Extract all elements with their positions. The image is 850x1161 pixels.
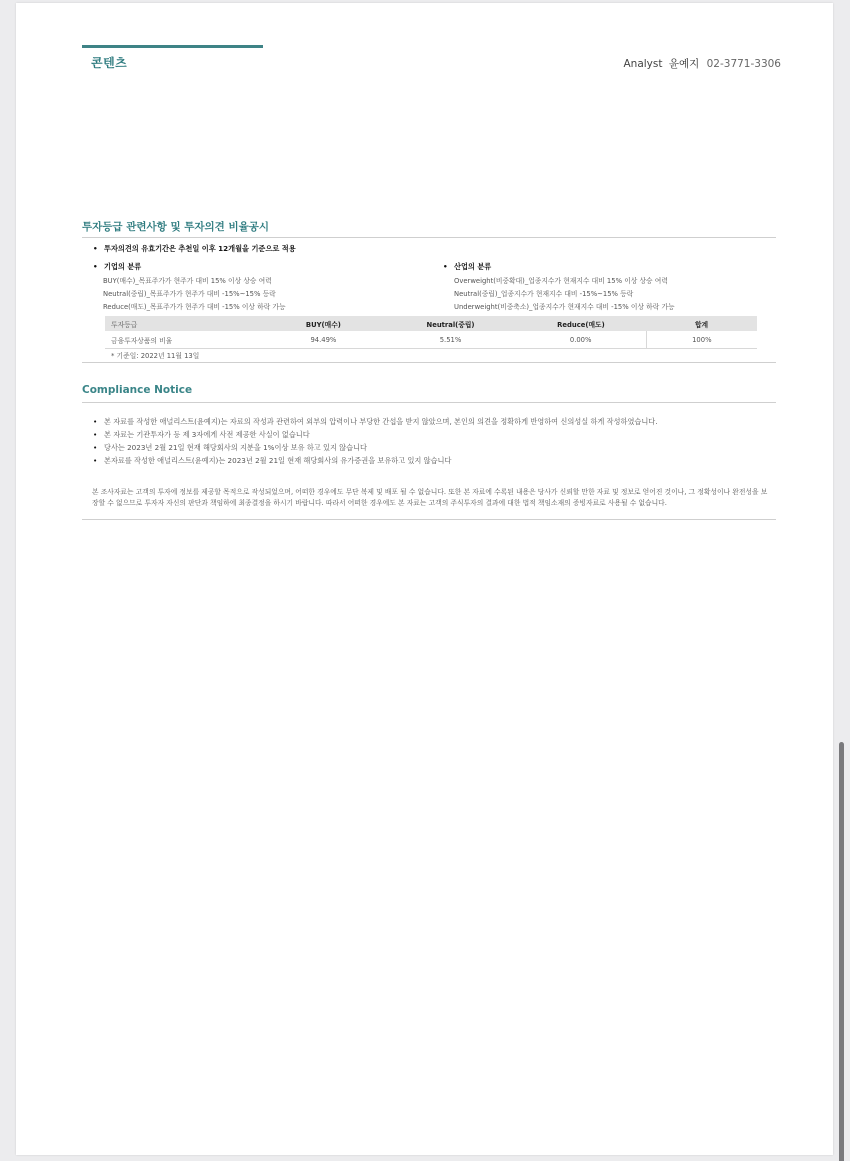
analyst-name: 윤예지	[669, 58, 699, 70]
industry-class-overweight: Overweight(비중확대)_업종지수가 현재지수 대비 15% 이상 상승…	[454, 275, 668, 285]
company-class-buy: BUY(매수)_목표주가가 현주가 대비 15% 이상 상승 여력	[103, 275, 272, 285]
analyst-phone: 02-3771-3306	[707, 58, 781, 70]
vertical-scrollbar[interactable]	[838, 0, 846, 1161]
disclaimer-paragraph: 본 조사자료는 고객의 투자에 정보를 제공할 목적으로 작성되었으며, 어떠한…	[92, 487, 772, 508]
section-label: 콘텐츠	[91, 54, 127, 71]
document-page: 콘텐츠 Analyst 윤예지 02-3771-3306 투자등급 관련사항 및…	[16, 3, 833, 1155]
table-cell: 0.00%	[516, 331, 646, 349]
table-row: 금융투자상품의 비율 94.49% 5.51% 0.00% 100%	[105, 331, 757, 349]
company-class-neutral: Neutral(중립)_목표주가가 현주가 대비 -15%~15% 등락	[103, 288, 276, 298]
disclosure-title: 투자등급 관련사항 및 투자의견 비율공시	[82, 219, 269, 234]
compliance-title: Compliance Notice	[82, 384, 192, 396]
divider	[82, 402, 776, 403]
table-header-cell: 투자등급	[105, 316, 261, 331]
divider	[82, 362, 776, 363]
section-accent-rule	[82, 45, 263, 48]
table-header-row: 투자등급 BUY(매수) Neutral(중립) Reduce(매도) 합계	[105, 316, 757, 331]
compliance-bullet: 본 자료를 작성한 애널리스트(윤예지)는 자료의 작성과 관련하여 외부의 압…	[93, 417, 658, 427]
table-header-cell: Reduce(매도)	[516, 316, 646, 331]
analyst-contact: Analyst 윤예지 02-3771-3306	[623, 56, 781, 71]
industry-class-underweight: Underweight(비중축소)_업종지수가 현재지수 대비 -15% 이상 …	[454, 301, 675, 311]
table-cell: 금융투자상품의 비율	[105, 331, 261, 349]
validity-bullet: 투자의견의 유효기간은 추천일 이후 12개월을 기준으로 적용	[93, 244, 296, 254]
compliance-bullet: 본 자료는 기관투자가 등 제 3자에게 사전 제공한 사실이 없습니다	[93, 430, 310, 440]
industry-classification-heading: 산업의 분류	[443, 262, 491, 272]
divider	[82, 519, 776, 520]
table-cell: 94.49%	[261, 331, 385, 349]
document-viewer: 콘텐츠 Analyst 윤예지 02-3771-3306 투자등급 관련사항 및…	[0, 0, 850, 1161]
divider	[82, 237, 776, 238]
analyst-label: Analyst	[623, 58, 662, 70]
compliance-bullet: 본자료를 작성한 애널리스트(윤예지)는 2023년 2월 21일 현재 해당회…	[93, 456, 451, 466]
table-header-cell: Neutral(중립)	[385, 316, 515, 331]
base-date-note: * 기준일: 2022년 11월 13일	[111, 350, 199, 360]
table-cell: 100%	[646, 331, 757, 349]
company-classification-heading: 기업의 분류	[93, 262, 141, 272]
industry-class-neutral: Neutral(중립)_업종지수가 현재지수 대비 -15%~15% 등락	[454, 288, 633, 298]
scrollbar-thumb[interactable]	[839, 742, 844, 1161]
table-header-cell: BUY(매수)	[261, 316, 385, 331]
rating-ratio-table: 투자등급 BUY(매수) Neutral(중립) Reduce(매도) 합계 금…	[105, 316, 757, 349]
table-cell: 5.51%	[385, 331, 515, 349]
compliance-bullet: 당사는 2023년 2월 21일 현재 해당회사의 지분을 1%이상 보유 하고…	[93, 443, 367, 453]
company-class-reduce: Reduce(매도)_목표주가가 현주가 대비 -15% 이상 하락 가능	[103, 301, 286, 311]
table-header-cell: 합계	[646, 316, 757, 331]
